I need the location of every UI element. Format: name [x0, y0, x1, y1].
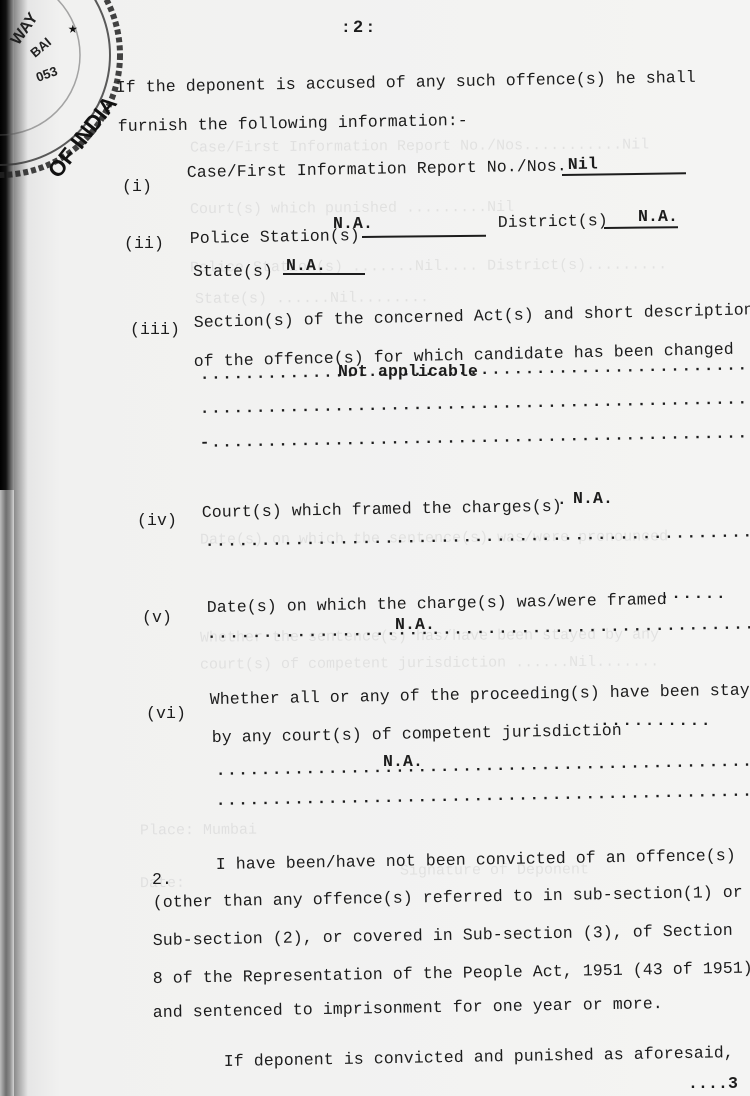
continued-marker: ....3	[688, 1074, 738, 1093]
answer-dotted-line: ......	[660, 585, 727, 603]
show-through-text: Place: Mumbai	[140, 822, 257, 840]
svg-text:053: 053	[34, 63, 60, 85]
paragraph-number: 2.	[152, 870, 172, 889]
answer-dotted-line: -.......................................…	[200, 424, 749, 452]
item-label-2: District(s)	[498, 211, 608, 232]
show-through-text: Case/First Information Report No./Nos...…	[190, 136, 649, 156]
intro-line-2: furnish the following information:-	[118, 111, 468, 136]
item-value[interactable]: N.A.	[333, 214, 373, 233]
answer-underline	[604, 226, 678, 229]
paragraph-line: Sub-section (2), or covered in Sub-secti…	[153, 921, 733, 950]
item-label: Court(s) which framed the charges(s)	[202, 497, 562, 522]
scan-edge-shadow-lower	[0, 490, 14, 1096]
svg-text:OF INDIA: OF INDIA	[43, 91, 122, 180]
paragraph-line: (other than any offence(s) referred to i…	[153, 883, 743, 912]
item-value-2[interactable]: N.A.	[638, 207, 678, 226]
answer-underline	[362, 235, 486, 238]
answer-dotted-line: ........................................…	[216, 782, 750, 810]
document-page: Case/First Information Report No./Nos...…	[0, 0, 750, 1096]
item-number: (vi)	[146, 704, 186, 723]
item-number: (iv)	[137, 511, 177, 530]
page-number-marker: : 2 :	[343, 17, 373, 37]
item-value[interactable]: Nil	[568, 154, 598, 174]
answer-dotted-line: ........................................…	[216, 752, 750, 780]
item-number: (iii)	[130, 320, 180, 339]
item-label-line-2: by any court(s) of competent jurisdictio…	[212, 721, 622, 747]
show-through-text: court(s) of competent jurisdiction .....…	[200, 653, 659, 673]
intro-line-1: If the deponent is accused of any such o…	[116, 68, 696, 97]
answer-dotted-line: ..........	[600, 712, 712, 730]
answer-dotted-line: ........................................…	[200, 390, 749, 418]
item-label: Case/First Information Report No./Nos.	[187, 156, 567, 182]
item-number: (i)	[122, 177, 152, 196]
item-label: Whether all or any of the proceeding(s) …	[210, 680, 750, 709]
show-through-text: State(s) ......Nil........	[195, 289, 429, 308]
answer-underline	[283, 273, 365, 275]
answer-underline	[562, 172, 686, 176]
item-number: (ii)	[124, 234, 164, 253]
answer-dotted-line: .	[557, 491, 725, 509]
item-label: Date(s) on which the charge(s) was/were …	[207, 590, 667, 617]
svg-text:★: ★	[68, 20, 78, 38]
paragraph-line: and sentenced to imprisonment for one ye…	[153, 994, 663, 1022]
paragraph-line: 8 of the Representation of the People Ac…	[153, 959, 750, 988]
item-label-3: State(s)	[193, 262, 273, 281]
svg-text:BAI: BAI	[27, 34, 54, 60]
answer-dotted-line: ........................................…	[205, 523, 750, 551]
item-number: (v)	[142, 608, 172, 627]
closing-line: If deponent is convicted and punished as…	[224, 1043, 734, 1071]
